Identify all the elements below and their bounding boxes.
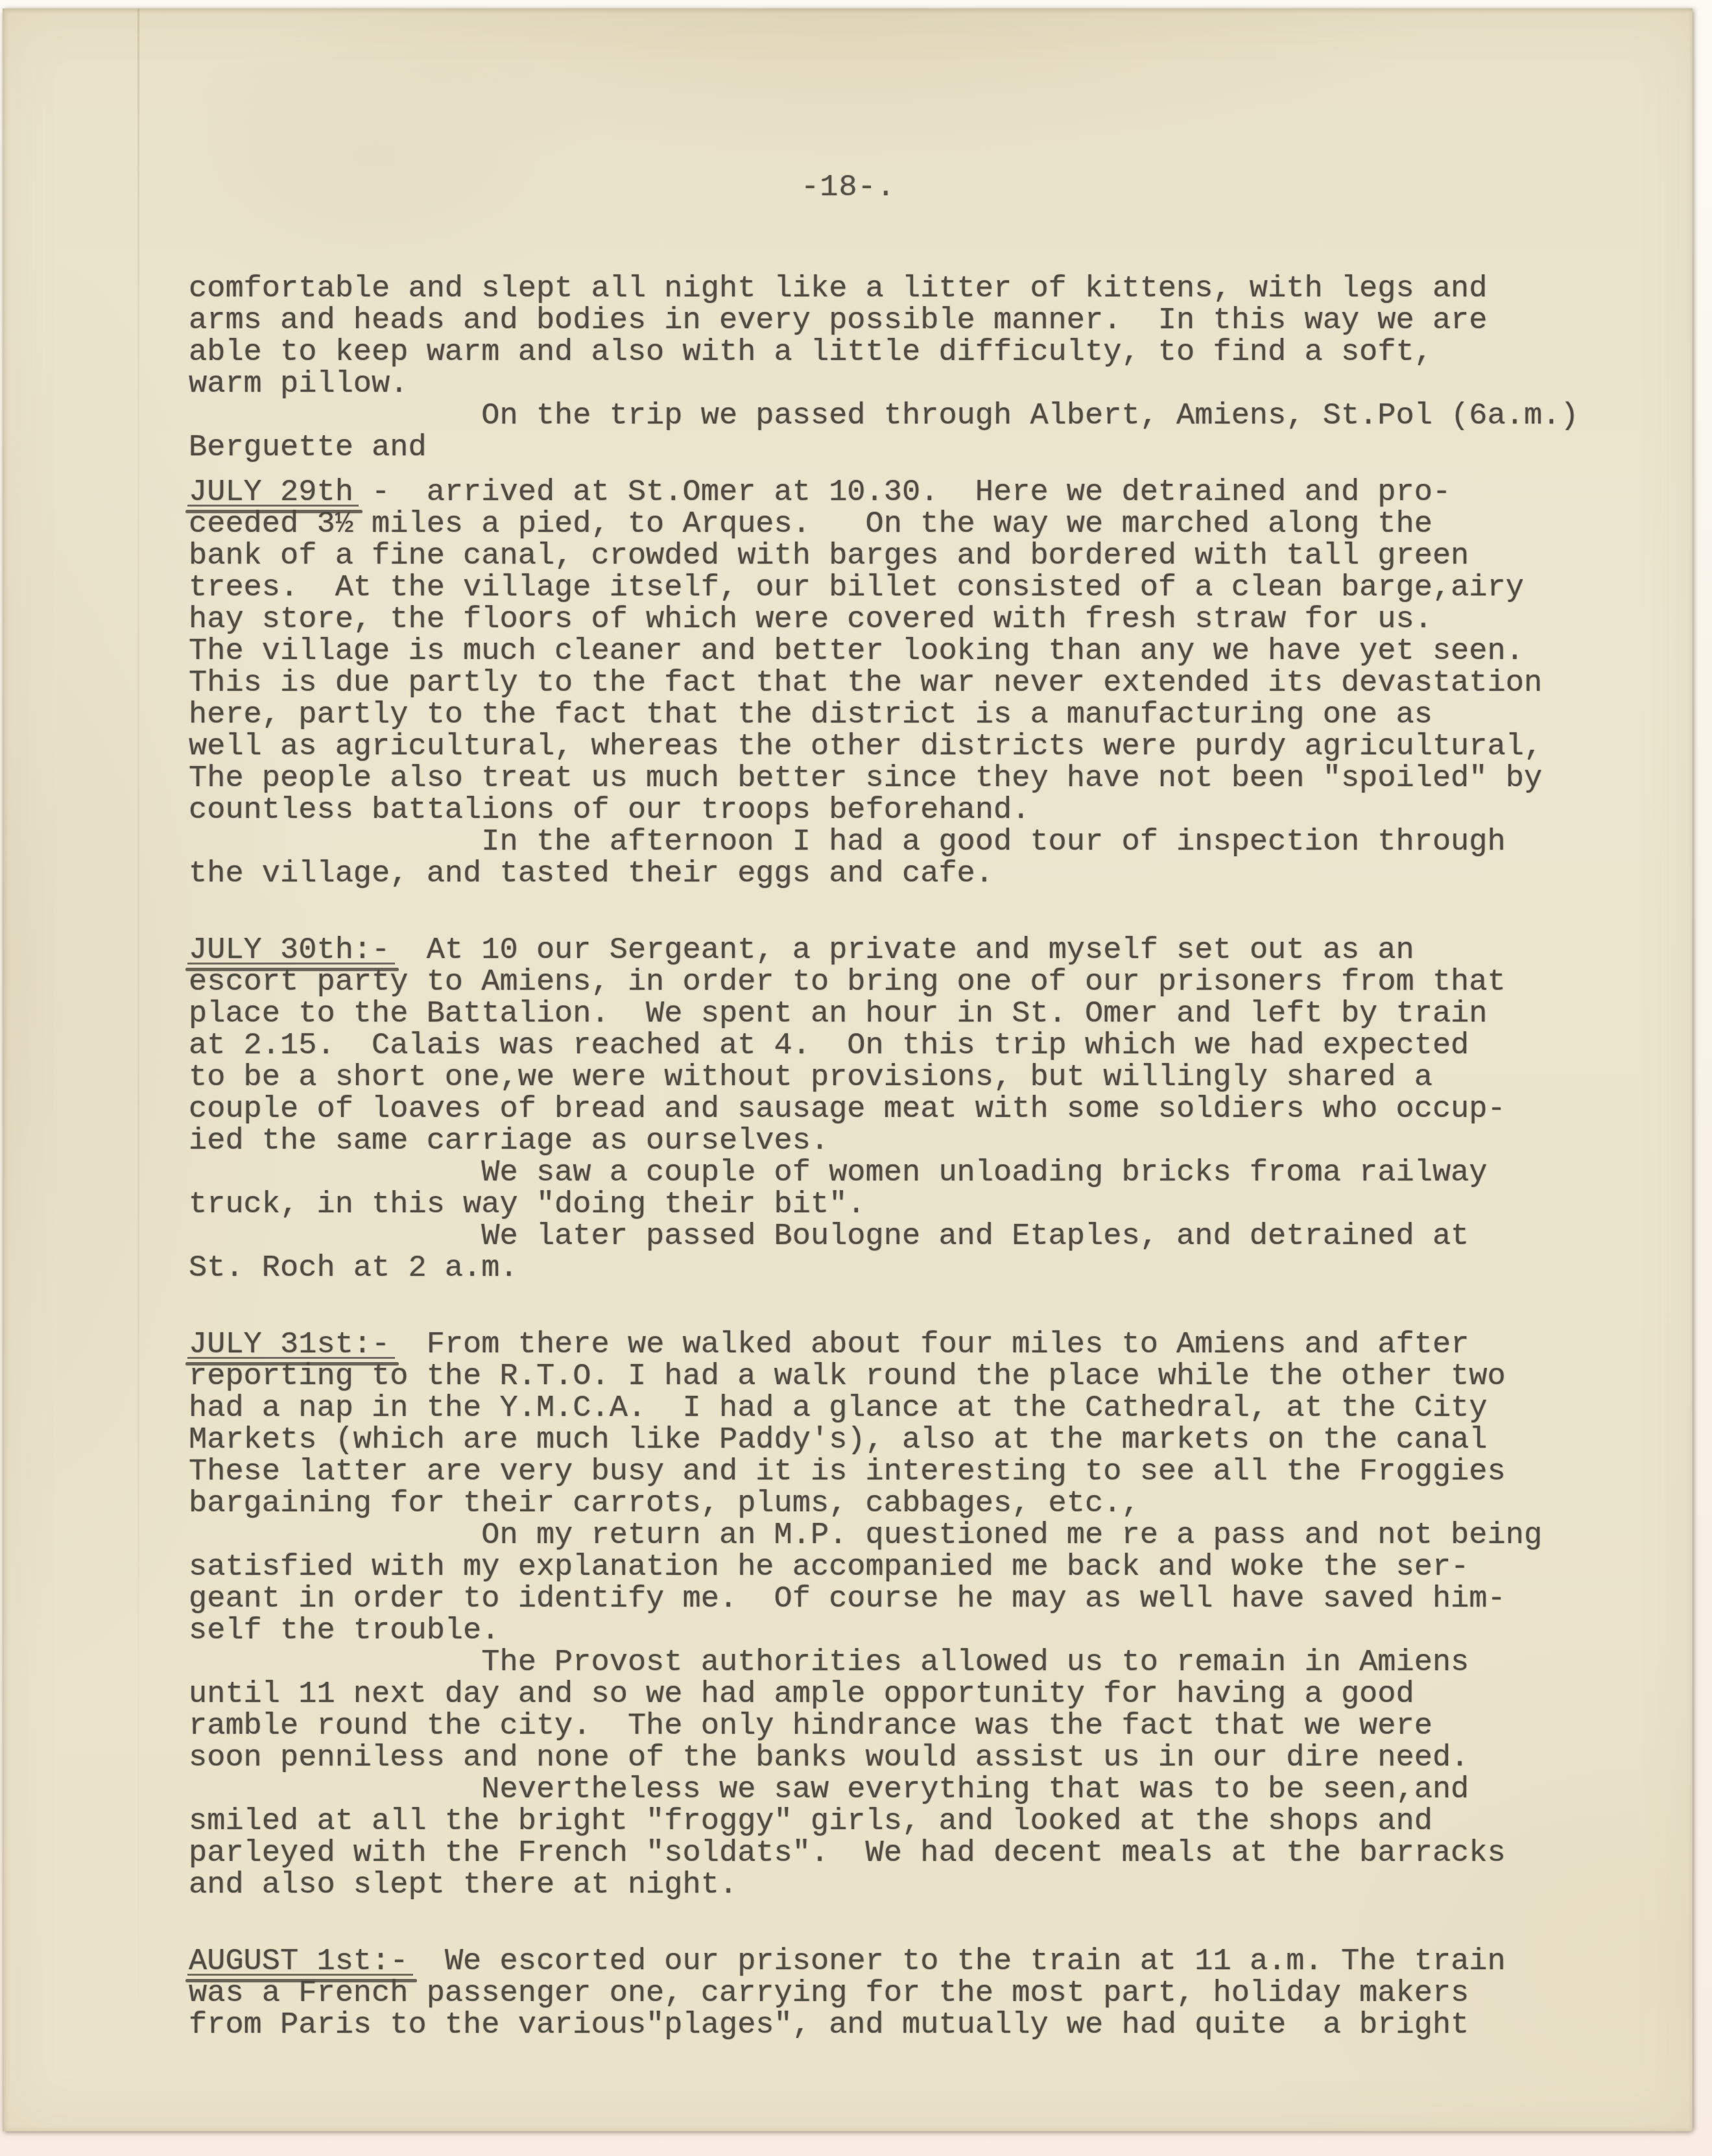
text-line: at 2.15. Calais was reached at 4. On thi… [189, 1030, 1602, 1062]
text-line: to be a short one,we were without provis… [189, 1062, 1602, 1094]
text-line: escort party to Amiens, in order to brin… [189, 966, 1602, 998]
diary-section: JULY 30th:- At 10 our Sergeant, a privat… [189, 935, 1602, 1284]
text-line: self the trouble. [189, 1615, 1602, 1647]
text-line: JULY 29th - arrived at St.Omer at 10.30.… [189, 477, 1602, 509]
text-line: arms and heads and bodies in every possi… [189, 305, 1602, 337]
text-line: here, partly to the fact that the distri… [189, 699, 1602, 731]
text-line: St. Roch at 2 a.m. [189, 1252, 1602, 1284]
text-line: On the trip we passed through Albert, Am… [189, 400, 1602, 432]
diary-section: comfortable and slept all night like a l… [189, 273, 1602, 464]
text-line: satisfied with my explanation he accompa… [189, 1551, 1602, 1583]
text-line: the village, and tasted their eggs and c… [189, 858, 1602, 890]
text-line: The village is much cleaner and better l… [189, 636, 1602, 667]
text-line: smiled at all the bright "froggy" girls,… [189, 1806, 1602, 1838]
blank-line [189, 890, 1602, 922]
text-line: was a French passenger one, carrying for… [189, 1978, 1602, 2009]
typed-text: comfortable and slept all night like a l… [189, 273, 1602, 2041]
text-line: This is due partly to the fact that the … [189, 667, 1602, 699]
text-line: geant in order to identify me. Of course… [189, 1583, 1602, 1615]
text-line: and also slept there at night. [189, 1869, 1602, 1901]
text-line: soon penniless and none of the banks wou… [189, 1742, 1602, 1774]
date-heading: JULY 31st:- [189, 1329, 390, 1361]
text-line: The people also treat us much better sin… [189, 763, 1602, 795]
scanned-paper-page: -18-. comfortable and slept all night li… [3, 8, 1693, 2131]
text-line: reporting to the R.T.O. I had a walk rou… [189, 1361, 1602, 1393]
text-line: JULY 31st:- From there we walked about f… [189, 1329, 1602, 1361]
text-line: In the afternoon I had a good tour of in… [189, 826, 1602, 858]
text-line: bank of a fine canal, crowded with barge… [189, 540, 1602, 572]
date-heading: JULY 29th [189, 477, 353, 509]
date-heading: JULY 30th:- [189, 935, 390, 966]
text-line: Nevertheless we saw everything that was … [189, 1774, 1602, 1806]
blank-line [189, 1284, 1602, 1316]
text-line: JULY 30th:- At 10 our Sergeant, a privat… [189, 935, 1602, 966]
text-line: couple of loaves of bread and sausage me… [189, 1094, 1602, 1125]
text-line: parleyed with the French "soldats". We h… [189, 1838, 1602, 1869]
diary-section: JULY 31st:- From there we walked about f… [189, 1329, 1602, 1901]
text-line: We saw a couple of women unloading brick… [189, 1157, 1602, 1189]
text-line: Markets (which are much like Paddy's), a… [189, 1424, 1602, 1456]
text-line: We later passed Boulogne and Etaples, an… [189, 1221, 1602, 1252]
text-line: had a nap in the Y.M.C.A. I had a glance… [189, 1393, 1602, 1424]
text-line: until 11 next day and so we had ample op… [189, 1679, 1602, 1710]
text-line: ramble round the city. The only hindranc… [189, 1710, 1602, 1742]
text-line: bargaining for their carrots, plums, cab… [189, 1488, 1602, 1520]
text-line: place to the Battalion. We spent an hour… [189, 998, 1602, 1030]
diary-section: AUGUST 1st:- We escorted our prisoner to… [189, 1946, 1602, 2041]
text-line: well as agricultural, whereas the other … [189, 731, 1602, 763]
text-line: truck, in this way "doing their bit". [189, 1189, 1602, 1221]
text-line: able to keep warm and also with a little… [189, 337, 1602, 368]
text-line: comfortable and slept all night like a l… [189, 273, 1602, 305]
text-line: hay store, the floors of which were cove… [189, 604, 1602, 636]
text-line: countless battalions of our troops befor… [189, 795, 1602, 826]
blank-line [189, 1901, 1602, 1933]
text-line: Berguette and [189, 432, 1602, 464]
text-line: On my return an M.P. questioned me re a … [189, 1520, 1602, 1551]
date-heading: AUGUST 1st:- [189, 1946, 408, 1978]
text-line: AUGUST 1st:- We escorted our prisoner to… [189, 1946, 1602, 1978]
text-line: ceeded 3½ miles a pied, to Arques. On th… [189, 509, 1602, 540]
text-line: These latter are very busy and it is int… [189, 1456, 1602, 1488]
text-line: from Paris to the various"plages", and m… [189, 2009, 1602, 2041]
page-number: -18-. [190, 171, 1506, 205]
text-line: ied the same carriage as ourselves. [189, 1125, 1602, 1157]
text-line: The Provost authorities allowed us to re… [189, 1647, 1602, 1679]
diary-section: JULY 29th - arrived at St.Omer at 10.30.… [189, 477, 1602, 890]
text-line: warm pillow. [189, 368, 1602, 400]
text-line: trees. At the village itself, our billet… [189, 572, 1602, 604]
paper-crease [137, 8, 139, 2131]
